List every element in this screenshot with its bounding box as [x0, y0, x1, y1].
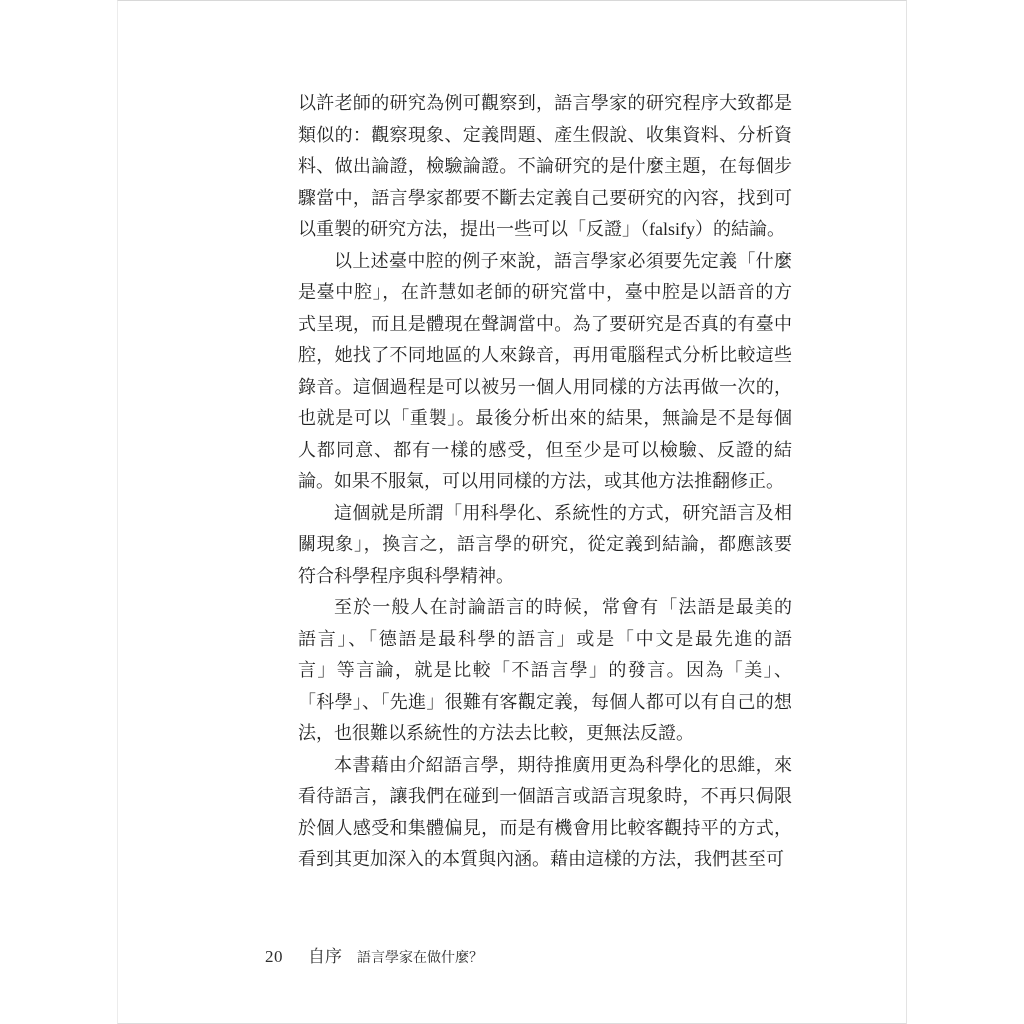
text-line: 符合科學程序與科學精神。	[298, 561, 792, 593]
text-line: 也就是可以「重製」。最後分析出來的結果，無論是不是每個	[298, 403, 792, 435]
page-scan-area: 以許老師的研究為例可觀察到，語言學家的研究程序大致都是類似的：觀察現象、定義問題…	[117, 0, 907, 1024]
text-line: 人都同意、都有一樣的感受，但至少是可以檢驗、反證的結	[298, 435, 792, 467]
text-line: 這個就是所謂「用科學化、系統性的方式，研究語言及相	[298, 498, 792, 530]
paragraph: 這個就是所謂「用科學化、系統性的方式，研究語言及相關現象」，換言之，語言學的研究…	[298, 498, 792, 593]
text-line: 語言」、「德語是最科學的語言」或是「中文是最先進的語	[298, 624, 792, 656]
text-line: 看待語言，讓我們在碰到一個語言或語言現象時，不再只侷限	[298, 781, 792, 813]
text-line: 以許老師的研究為例可觀察到，語言學家的研究程序大致都是	[298, 88, 792, 120]
text-line: 於個人感受和集體偏見，而是有機會用比較客觀持平的方式，	[298, 813, 792, 845]
paragraph: 本書藉由介紹語言學，期待推廣用更為科學化的思維，來看待語言，讓我們在碰到一個語言…	[298, 750, 792, 876]
paragraph: 以上述臺中腔的例子來說，語言學家必須要先定義「什麼是臺中腔」，在許慧如老師的研究…	[298, 246, 792, 498]
text-line: 類似的：觀察現象、定義問題、產生假說、收集資料、分析資	[298, 120, 792, 152]
text-line: 是臺中腔」，在許慧如老師的研究當中，臺中腔是以語音的方	[298, 277, 792, 309]
footer-section-label: 自序	[308, 942, 342, 967]
text-line: 論。如果不服氣，可以用同樣的方法，或其他方法推翻修正。	[298, 466, 792, 498]
body-text: 以許老師的研究為例可觀察到，語言學家的研究程序大致都是類似的：觀察現象、定義問題…	[298, 88, 792, 876]
page-footer: 20 自序 語言學家在做什麼？	[265, 942, 483, 967]
text-line: 言」等言論，就是比較「不語言學」的發言。因為「美」、	[298, 655, 792, 687]
text-line: 式呈現，而且是體現在聲調當中。為了要研究是否真的有臺中	[298, 309, 792, 341]
text-line: 關現象」，換言之，語言學的研究，從定義到結論，都應該要	[298, 529, 792, 561]
text-line: 至於一般人在討論語言的時候，常會有「法語是最美的	[298, 592, 792, 624]
text-line: 錄音。這個過程是可以被另一個人用同樣的方法再做一次的，	[298, 372, 792, 404]
text-line: 驟當中，語言學家都要不斷去定義自己要研究的內容，找到可	[298, 183, 792, 215]
text-line: 以上述臺中腔的例子來說，語言學家必須要先定義「什麼	[298, 246, 792, 278]
footer-chapter-title: 語言學家在做什麼？	[357, 947, 483, 967]
text-line: 「科學」、「先進」很難有客觀定義，每個人都可以有自己的想	[298, 687, 792, 719]
book-page: 以許老師的研究為例可觀察到，語言學家的研究程序大致都是類似的：觀察現象、定義問題…	[0, 0, 1024, 1024]
paragraph: 至於一般人在討論語言的時候，常會有「法語是最美的語言」、「德語是最科學的語言」或…	[298, 592, 792, 750]
paragraph: 以許老師的研究為例可觀察到，語言學家的研究程序大致都是類似的：觀察現象、定義問題…	[298, 88, 792, 246]
text-line: 看到其更加深入的本質與內涵。藉由這樣的方法，我們甚至可	[298, 844, 792, 876]
page-number: 20	[265, 947, 283, 967]
text-line: 以重製的研究方法，提出一些可以「反證」（falsify）的結論。	[298, 214, 792, 246]
text-line: 腔，她找了不同地區的人來錄音，再用電腦程式分析比較這些	[298, 340, 792, 372]
text-line: 本書藉由介紹語言學，期待推廣用更為科學化的思維，來	[298, 750, 792, 782]
text-line: 法，也很難以系統性的方法去比較，更無法反證。	[298, 718, 792, 750]
text-line: 料、做出論證，檢驗論證。不論研究的是什麼主題，在每個步	[298, 151, 792, 183]
